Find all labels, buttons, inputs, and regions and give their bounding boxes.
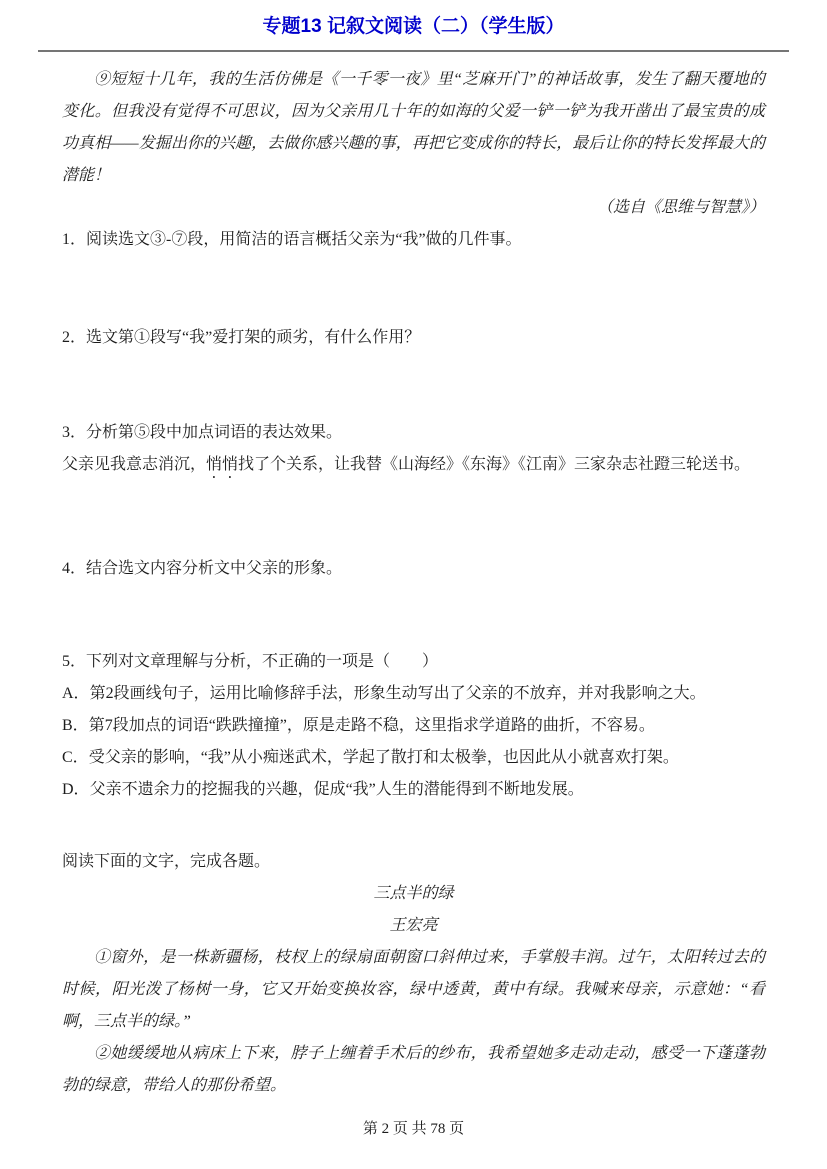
question-1-number: 1．	[62, 231, 86, 248]
reading-instruction: 阅读下面的文字，完成各题。	[62, 846, 765, 878]
quote-text-after: 找了个关系，让我替《山海经》《东海》《江南》三家杂志社蹬三轮送书。	[238, 456, 750, 473]
passage-paragraph-9: ⑨短短十几年，我的生活仿佛是《一千零一夜》里“芝麻开门”的神话故事，发生了翻天覆…	[62, 64, 765, 192]
question-4: 4．结合选文内容分析文中父亲的形象。	[62, 553, 765, 585]
option-a-text: 第2段画线句子，运用比喻修辞手法，形象生动写出了父亲的不放弃，并对我影响之大。	[90, 685, 706, 702]
question-2-text: 选文第①段写“我”爱打架的顽劣，有什么作用？	[86, 329, 420, 346]
question-3-text: 分析第⑤段中加点词语的表达效果。	[86, 424, 342, 441]
passage-paragraph-2: ②她缓缓地从病床上下来，脖子上缠着手术后的纱布，我希望她多走动走动，感受一下蓬蓬…	[62, 1038, 765, 1102]
option-d-label: D．	[62, 781, 90, 798]
option-d-text: 父亲不遗余力的挖掘我的兴趣，促成“我”人生的潜能得到不断地发展。	[90, 781, 584, 798]
option-b-label: B．	[62, 717, 89, 734]
question-2: 2．选文第①段写“我”爱打架的顽劣，有什么作用？	[62, 322, 765, 354]
question-3: 3．分析第⑤段中加点词语的表达效果。	[62, 417, 765, 449]
question-5-option-d: D．父亲不遗余力的挖掘我的兴趣，促成“我”人生的潜能得到不断地发展。	[62, 774, 765, 806]
option-c-label: C．	[62, 749, 89, 766]
question-5-option-a: A．第2段画线句子，运用比喻修辞手法，形象生动写出了父亲的不放弃，并对我影响之大…	[62, 678, 765, 710]
passage-author: 王宏亮	[62, 910, 765, 942]
question-4-number: 4．	[62, 560, 86, 577]
question-5-option-b: B．第7段加点的词语“跌跌撞撞”，原是走路不稳，这里指求学道路的曲折，不容易。	[62, 710, 765, 742]
quote-emphasized-word: 悄悄	[206, 456, 238, 473]
question-5-number: 5．	[62, 653, 86, 670]
question-5-text: 下列对文章理解与分析，不正确的一项是（ ）	[86, 653, 438, 670]
question-5-option-c: C．受父亲的影响，“我”从小痴迷武术，学起了散打和太极拳，也因此从小就喜欢打架。	[62, 742, 765, 774]
passage-source: （选自《思维与智慧》）	[62, 192, 765, 224]
question-3-quote: 父亲见我意志消沉，悄悄找了个关系，让我替《山海经》《东海》《江南》三家杂志社蹬三…	[62, 449, 765, 482]
passage-title: 三点半的绿	[62, 878, 765, 910]
option-a-label: A．	[62, 685, 90, 702]
header-divider	[38, 50, 789, 52]
document-page: 专题13 记叙文阅读（二）（学生版） ⑨短短十几年，我的生活仿佛是《一千零一夜》…	[0, 0, 827, 1169]
quote-text-before: 父亲见我意志消沉，	[62, 456, 206, 473]
option-b-text: 第7段加点的词语“跌跌撞撞”，原是走路不稳，这里指求学道路的曲折，不容易。	[89, 717, 655, 734]
question-1: 1．阅读选文③-⑦段，用简洁的语言概括父亲为“我”做的几件事。	[62, 224, 765, 256]
page-number: 第 2 页 共 78 页	[0, 1119, 827, 1139]
question-2-number: 2．	[62, 329, 86, 346]
option-c-text: 受父亲的影响，“我”从小痴迷武术，学起了散打和太极拳，也因此从小就喜欢打架。	[89, 749, 679, 766]
question-5: 5．下列对文章理解与分析，不正确的一项是（ ）	[62, 646, 765, 678]
question-3-number: 3．	[62, 424, 86, 441]
question-1-text: 阅读选文③-⑦段，用简洁的语言概括父亲为“我”做的几件事。	[86, 231, 522, 248]
page-title: 专题13 记叙文阅读（二）（学生版）	[62, 0, 765, 40]
passage-paragraph-1: ①窗外，是一株新疆杨，枝杈上的绿扇面朝窗口斜伸过来，手掌般丰润。过午，太阳转过去…	[62, 942, 765, 1038]
question-4-text: 结合选文内容分析文中父亲的形象。	[86, 560, 342, 577]
